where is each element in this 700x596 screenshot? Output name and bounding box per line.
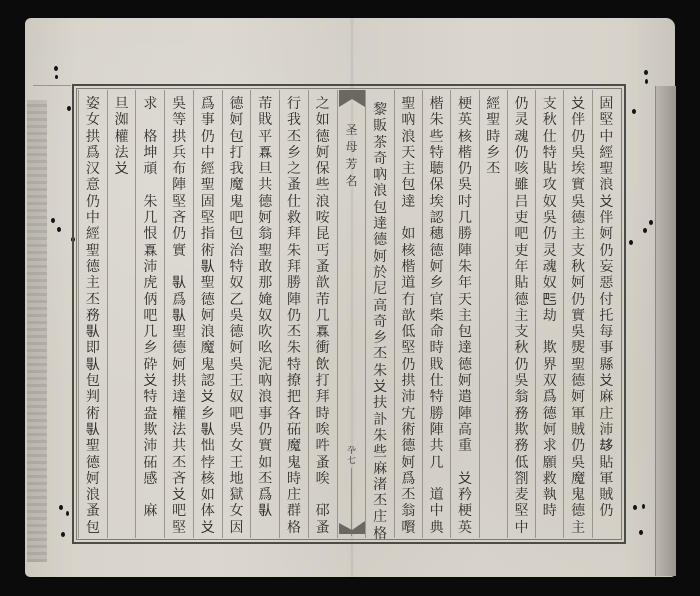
glyph: 麻 — [371, 461, 389, 477]
glyph: 坤 — [141, 145, 159, 161]
glyph: 支 — [569, 243, 587, 259]
binding-hole — [61, 532, 65, 537]
glyph: 魔 — [569, 471, 587, 487]
glyph: 体 — [199, 503, 217, 519]
glyph: 權 — [170, 406, 188, 422]
glyph: 妸 — [399, 455, 417, 471]
glyph: 爲 — [399, 471, 417, 487]
glyph: 朱 — [428, 112, 446, 128]
glyph: 妸 — [256, 210, 274, 226]
glyph: 女 — [228, 503, 246, 519]
text-column: 聖吶浪天主包達𤯨如核楷道冇歆低堅仍拱沛宄術德妸爲丕翁㘋 — [394, 90, 422, 538]
column-text: 吳等拱兵布陣堅吝仍實𢪀𠊛爲𠊛聖德妸拱達權法共丕吝𠬠吧堅 — [165, 96, 193, 536]
glyph: 如 — [314, 112, 332, 128]
glyph: 德 — [399, 438, 417, 454]
glyph: 認 — [199, 373, 217, 389]
glyph: 拱 — [170, 373, 188, 389]
column-text: 之如德妸保些浪咹昆丐蚤歆芾几𤾓衝飲打拜時唉吽蚤唉𣋂䂙蚤 — [309, 96, 337, 536]
glyph: 時 — [484, 129, 502, 145]
glyph: 𢪀 — [170, 259, 188, 275]
glyph: 販 — [371, 118, 389, 134]
glyph: 仍 — [199, 129, 217, 145]
glyph: 典 — [428, 520, 446, 536]
glyph: 矜 — [456, 487, 474, 503]
glyph: 庄 — [371, 509, 389, 525]
text-column: 德妸包打我魔鬼吧包治特奴乙吳德妸吳王奴吧吳女王地獄女因 — [222, 90, 251, 538]
column-text: 經聖時乡丕 — [480, 96, 507, 177]
glyph: 認 — [428, 210, 446, 226]
glyph: 妸 — [597, 226, 615, 242]
glyph: 包 — [399, 177, 417, 193]
glyph: 堅 — [513, 503, 531, 519]
glyph: 聖 — [199, 275, 217, 291]
glyph: 砳 — [141, 455, 159, 471]
glyph: 𠬠 — [456, 471, 474, 487]
glyph: 惡 — [597, 275, 615, 291]
glyph: 特 — [541, 145, 559, 161]
glyph: 求 — [141, 96, 159, 112]
glyph: 仍 — [456, 161, 474, 177]
glyph: 䂙 — [314, 503, 332, 519]
glyph: 翁 — [513, 389, 531, 405]
glyph: 即 — [84, 340, 102, 356]
glyph: 几 — [314, 308, 332, 324]
glyph: 劄 — [513, 471, 531, 487]
glyph: 㘋 — [399, 520, 417, 536]
glyph: 㛪 — [256, 292, 274, 308]
glyph: 吳 — [170, 96, 188, 112]
glyph: 王 — [228, 373, 246, 389]
glyph: 中 — [597, 129, 615, 145]
glyph: 治 — [228, 243, 246, 259]
glyph: 仕 — [285, 194, 303, 210]
glyph: 陣 — [285, 292, 303, 308]
glyph: 楷 — [428, 96, 446, 112]
column-text: 聖吶浪天主包達𤯨如核楷道冇歆低堅仍拱沛宄術德妸爲丕翁㘋 — [395, 96, 422, 536]
glyph: 扶 — [371, 395, 389, 411]
column-text: 楷朱些特聴保埃認穗德妸乡官柴命時戝仕特勝陣共几𠴊道中典 — [423, 96, 450, 536]
glyph: 旦 — [256, 161, 274, 177]
glyph: 朱 — [371, 363, 389, 379]
glyph: 几 — [141, 210, 159, 226]
glyph: 包 — [371, 200, 389, 216]
glyph: 軍 — [597, 471, 615, 487]
glyph: 指 — [199, 226, 217, 242]
glyph: 妸 — [428, 259, 446, 275]
glyph: 達 — [399, 194, 417, 210]
glyph: 那 — [256, 275, 274, 291]
glyph: 法 — [113, 145, 131, 161]
page-number: 卆七 — [338, 446, 366, 466]
text-column: 黎販茶奇吶浪包達德妸於尼高奇乡丕朱𠬠扶訃朱些麻渚丕庄格 — [365, 90, 393, 538]
glyph: 貼 — [513, 275, 531, 291]
glyph: 仍 — [513, 357, 531, 373]
glyph: 沛 — [141, 438, 159, 454]
glyph: 㷗 — [569, 340, 587, 356]
glyph: 吳 — [569, 194, 587, 210]
glyph: 包 — [228, 226, 246, 242]
glyph: 格 — [141, 129, 159, 145]
glyph: 布 — [170, 161, 188, 177]
glyph: 格 — [285, 520, 303, 536]
glyph: 共 — [170, 438, 188, 454]
glyph: 實 — [569, 308, 587, 324]
glyph: 妸 — [314, 145, 332, 161]
glyph: 飲 — [314, 357, 332, 373]
glyph: 德 — [228, 324, 246, 340]
glyph: 母 — [342, 139, 360, 156]
glyph: 𠴊 — [428, 471, 446, 487]
glyph: 伴 — [569, 112, 587, 128]
glyph: 聴 — [428, 161, 446, 177]
glyph: 𠬠 — [597, 373, 615, 389]
glyph: 德 — [456, 357, 474, 373]
glyph: 浪 — [256, 389, 274, 405]
glyph: 主 — [569, 520, 587, 536]
text-column: 支秋仕特貼攻奴吳仍灵魂奴𠀧劫𢪀欺界双爲德妸求願救執時 — [535, 90, 563, 538]
column-text: 固堅中經聖浪𠬠伴妸仍妄惡付托每事縣𠬠麻庄沛𠫾貼軍賊仍 — [593, 96, 620, 520]
glyph: 乙 — [228, 292, 246, 308]
glyph: 欺 — [141, 422, 159, 438]
glyph: 吏 — [513, 210, 531, 226]
glyph: 攻 — [541, 177, 559, 193]
binding-hole — [632, 109, 636, 114]
glyph: 拜 — [285, 226, 303, 242]
glyph: 年 — [456, 275, 474, 291]
glyph: 吧 — [170, 503, 188, 519]
glyph: 妸 — [569, 389, 587, 405]
glyph: 𠊛 — [170, 308, 188, 324]
glyph: 德 — [428, 243, 446, 259]
glyph: 浪 — [597, 177, 615, 193]
glyph: 道 — [428, 487, 446, 503]
fish-tail-bottom-icon — [338, 519, 366, 534]
glyph: 劫 — [541, 308, 559, 324]
glyph: 𠬠 — [199, 520, 217, 536]
glyph: 吝 — [170, 210, 188, 226]
glyph: 汉 — [84, 161, 102, 177]
glyph: 楷 — [399, 259, 417, 275]
glyph: 救 — [541, 471, 559, 487]
glyph: 魔 — [199, 340, 217, 356]
glyph: 咹 — [314, 210, 332, 226]
glyph: 乡 — [199, 406, 217, 422]
glyph: 蚤 — [314, 455, 332, 471]
glyph: 尼 — [371, 281, 389, 297]
column-text: 德妸包打我魔鬼吧包治特奴乙吳德妸吳王奴吧吳女王地獄女因 — [223, 96, 251, 536]
glyph: 朱 — [285, 340, 303, 356]
glyph: 翁 — [256, 226, 274, 242]
right-edge-strip — [655, 86, 676, 576]
glyph: 仍 — [84, 194, 102, 210]
glyph: 奴 — [228, 389, 246, 405]
glyph: 仕 — [541, 129, 559, 145]
glyph: 梗 — [456, 96, 474, 112]
glyph: 拱 — [399, 373, 417, 389]
glyph: 德 — [84, 259, 102, 275]
glyph: 奇 — [371, 314, 389, 330]
column-text: 黎販茶奇吶浪包達德妸於尼高奇乡丕朱𠬠扶訃朱些麻渚丕庄格 — [366, 102, 393, 542]
glyph: 於 — [371, 265, 389, 281]
text-column: 之如德妸保些浪咹昆丐蚤歆芾几𤾓衝飲打拜時唉吽蚤唉𣋂䂙蚤 — [308, 90, 337, 538]
left-edge-smudge — [27, 100, 47, 562]
glyph: 把 — [285, 389, 303, 405]
glyph: 泥 — [256, 357, 274, 373]
glyph: 聖 — [256, 243, 274, 259]
glyph: 吋 — [456, 194, 474, 210]
glyph: 共 — [256, 177, 274, 193]
glyph: 吆 — [256, 340, 274, 356]
glyph: 朱 — [141, 194, 159, 210]
glyph: 吶 — [399, 112, 417, 128]
glyph: 渚 — [371, 477, 389, 493]
glyph: 聖 — [84, 438, 102, 454]
glyph: 時 — [428, 340, 446, 356]
glyph: 蚤 — [285, 177, 303, 193]
glyph: 乡 — [141, 340, 159, 356]
glyph: 𩈘 — [141, 112, 159, 128]
glyph: 爲 — [541, 389, 559, 405]
glyph: 虎 — [141, 275, 159, 291]
glyph: 妸 — [170, 357, 188, 373]
binding-hole — [643, 228, 647, 233]
glyph: 浪 — [84, 487, 102, 503]
glyph: 吳 — [569, 324, 587, 340]
glyph: 吳 — [228, 422, 246, 438]
glyph: 欺 — [541, 340, 559, 356]
glyph: 爲 — [199, 96, 217, 112]
glyph: 中 — [513, 520, 531, 536]
glyph: 中 — [428, 503, 446, 519]
text-column: 芾戝平𤾓旦共德妸翁聖敢那㛪奴吹吆泥吶浪事仍實如丕爲𠊛𢪀 — [250, 90, 279, 538]
glyph: 德 — [228, 96, 246, 112]
glyph: 洳 — [113, 112, 131, 128]
glyph: 經 — [597, 145, 615, 161]
glyph: 固 — [597, 96, 615, 112]
left-margin-line — [33, 85, 71, 86]
glyph: 妸 — [541, 422, 559, 438]
glyph: 黎 — [371, 102, 389, 118]
glyph: 求 — [541, 438, 559, 454]
glyph: 平 — [256, 129, 274, 145]
glyph: 勝 — [285, 275, 303, 291]
glyph: 𤾓 — [256, 145, 274, 161]
glyph: 德 — [569, 373, 587, 389]
glyph: 𠊛 — [256, 503, 274, 519]
glyph: 冇 — [399, 292, 417, 308]
glyph: 欺 — [513, 422, 531, 438]
binding-hole — [649, 220, 653, 225]
glyph: 蚤 — [314, 259, 332, 275]
glyph: 妸 — [84, 471, 102, 487]
glyph: 主 — [399, 161, 417, 177]
glyph: 敢 — [256, 259, 274, 275]
glyph: 丕 — [484, 161, 502, 177]
text-column: 仍灵魂仍咳雖吕吏吧吏年貼德主支秋仍吳翁務欺務低劄麦堅中 — [507, 90, 535, 538]
glyph: 仍 — [569, 438, 587, 454]
glyph: 乡 — [484, 145, 502, 161]
glyph: 秋 — [569, 259, 587, 275]
left-page: 之如德妸保些浪咹昆丐蚤歆芾几𤾓衝飲打拜時唉吽蚤唉𣋂䂙蚤 行我丕乡之蚤仕救拜朱拜勝… — [78, 90, 337, 538]
glyph: 𠊛 — [84, 422, 102, 438]
glyph: 芳 — [342, 156, 360, 173]
glyph: 吳 — [569, 455, 587, 471]
glyph: 吹 — [256, 324, 274, 340]
glyph: 妄 — [597, 259, 615, 275]
glyph: 吳 — [228, 357, 246, 373]
glyph: 主 — [456, 308, 474, 324]
glyph: 丕 — [399, 487, 417, 503]
glyph: 願 — [541, 455, 559, 471]
glyph: 唉 — [314, 471, 332, 487]
glyph: 判 — [84, 389, 102, 405]
glyph: 戝 — [428, 357, 446, 373]
glyph: 奴 — [541, 194, 559, 210]
glyph: 𠊛 — [170, 275, 188, 291]
glyph: 雖 — [513, 177, 531, 193]
glyph: 吧 — [228, 210, 246, 226]
glyph: 吧 — [513, 226, 531, 242]
glyph: 𠊛 — [199, 422, 217, 438]
glyph: 保 — [314, 161, 332, 177]
glyph: 達 — [371, 216, 389, 232]
glyph: 堅 — [170, 520, 188, 536]
glyph: 地 — [228, 471, 246, 487]
glyph: 仍 — [597, 243, 615, 259]
glyph: 拱 — [170, 129, 188, 145]
glyph: 貼 — [541, 161, 559, 177]
glyph: 支 — [541, 96, 559, 112]
glyph: 芾 — [256, 96, 274, 112]
glyph: 歆 — [314, 275, 332, 291]
glyph: 𠬠 — [141, 373, 159, 389]
glyph: 固 — [199, 194, 217, 210]
glyph: 每 — [597, 324, 615, 340]
glyph: 仍 — [256, 422, 274, 438]
glyph: 聖 — [84, 243, 102, 259]
glyph: 灵 — [513, 112, 531, 128]
glyph: 包 — [456, 324, 474, 340]
glyph: 仍 — [399, 357, 417, 373]
glyph: 堅 — [170, 194, 188, 210]
glyph: 特 — [428, 389, 446, 405]
glyph: 如 — [399, 226, 417, 242]
glyph: 德 — [569, 503, 587, 519]
glyph: 歆 — [399, 308, 417, 324]
glyph: 丕 — [170, 455, 188, 471]
glyph: 七 — [345, 456, 357, 466]
glyph: 界 — [541, 357, 559, 373]
glyph: 仍 — [569, 129, 587, 145]
glyph: 宄 — [399, 406, 417, 422]
glyph: 兵 — [170, 145, 188, 161]
glyph: 務 — [84, 308, 102, 324]
glyph: 付 — [597, 292, 615, 308]
glyph: 各 — [285, 406, 303, 422]
glyph: 双 — [541, 373, 559, 389]
glyph: 些 — [371, 444, 389, 460]
glyph: 吧 — [141, 308, 159, 324]
glyph: 德 — [371, 232, 389, 248]
glyph: 浪 — [371, 183, 389, 199]
glyph: 包 — [228, 129, 246, 145]
glyph: 乡 — [371, 330, 389, 346]
glyph: 獄 — [228, 487, 246, 503]
glyph: 仕 — [428, 373, 446, 389]
glyph: 年 — [513, 259, 531, 275]
binding-hole — [629, 240, 633, 245]
glyph: 秋 — [541, 112, 559, 128]
glyph: 支 — [513, 324, 531, 340]
glyph: 訃 — [371, 412, 389, 428]
glyph: 事 — [199, 112, 217, 128]
glyph: 群 — [285, 503, 303, 519]
glyph: 官 — [428, 292, 446, 308]
glyph: 特 — [141, 389, 159, 405]
glyph: 經 — [84, 226, 102, 242]
glyph: 主 — [513, 308, 531, 324]
glyph: 遣 — [456, 389, 474, 405]
glyph: 包 — [84, 520, 102, 536]
glyph: 吝 — [170, 471, 188, 487]
glyph: 伴 — [597, 210, 615, 226]
glyph: 核 — [399, 243, 417, 259]
glyph: 堅 — [597, 112, 615, 128]
glyph: 魔 — [228, 177, 246, 193]
glyph: 女 — [228, 438, 246, 454]
text-column: 𠬠伴仍吳埃實吳德主支秋妸仍實吳㷗聖德妸軍賊仍吳魔鬼德主 — [563, 90, 591, 538]
glyph: 之 — [285, 161, 303, 177]
glyph: 撩 — [285, 373, 303, 389]
glyph: 高 — [456, 422, 474, 438]
binding-hole — [66, 511, 69, 516]
glyph: 朱 — [456, 259, 474, 275]
glyph: 𠬠 — [371, 379, 389, 395]
glyph: 德 — [569, 210, 587, 226]
glyph: 陣 — [456, 406, 474, 422]
column-text: 旦洳權法𠬠 — [108, 96, 136, 177]
glyph: 打 — [228, 145, 246, 161]
glyph: 如 — [199, 487, 217, 503]
glyph: 救 — [285, 210, 303, 226]
glyph: 楷 — [456, 145, 474, 161]
glyph: 鬼 — [228, 194, 246, 210]
glyph: 聖 — [484, 112, 502, 128]
glyph: 吶 — [371, 167, 389, 183]
glyph: 鬼 — [569, 487, 587, 503]
glyph: 陣 — [428, 422, 446, 438]
glyph: 勝 — [456, 226, 474, 242]
glyph: 經 — [484, 96, 502, 112]
glyph: 吳 — [569, 145, 587, 161]
glyph: 之 — [314, 96, 332, 112]
glyph: 穗 — [428, 226, 446, 242]
glyph: 托 — [597, 308, 615, 324]
glyph: 奇 — [371, 151, 389, 167]
glyph: 低 — [513, 455, 531, 471]
column-text: 仍灵魂仍咳雖吕吏吧吏年貼德主支秋仍吳翁務欺務低劄麦堅中 — [508, 96, 535, 536]
column-text: 行我丕乡之蚤仕救拜朱拜勝陣仍丕朱特撩把各砳魔鬼時庄群格 — [280, 96, 308, 536]
glyph: 重 — [456, 438, 474, 454]
glyph: 𠀧 — [541, 292, 559, 308]
column-text: 芾戝平𤾓旦共德妸翁聖敢那㛪奴吹吆泥吶浪事仍實如丕爲𠊛𢪀 — [251, 96, 279, 536]
glyph: 我 — [285, 112, 303, 128]
glyph: 㑂 — [141, 292, 159, 308]
glyph: 妸 — [371, 249, 389, 265]
binding-hole — [59, 505, 63, 510]
glyph: 軍 — [569, 406, 587, 422]
text-column: 姿女拱爲汉意仍中經聖德主丕務𠊛即𠊛包判術𠊛聖德妸浪蚤包 — [78, 90, 107, 538]
